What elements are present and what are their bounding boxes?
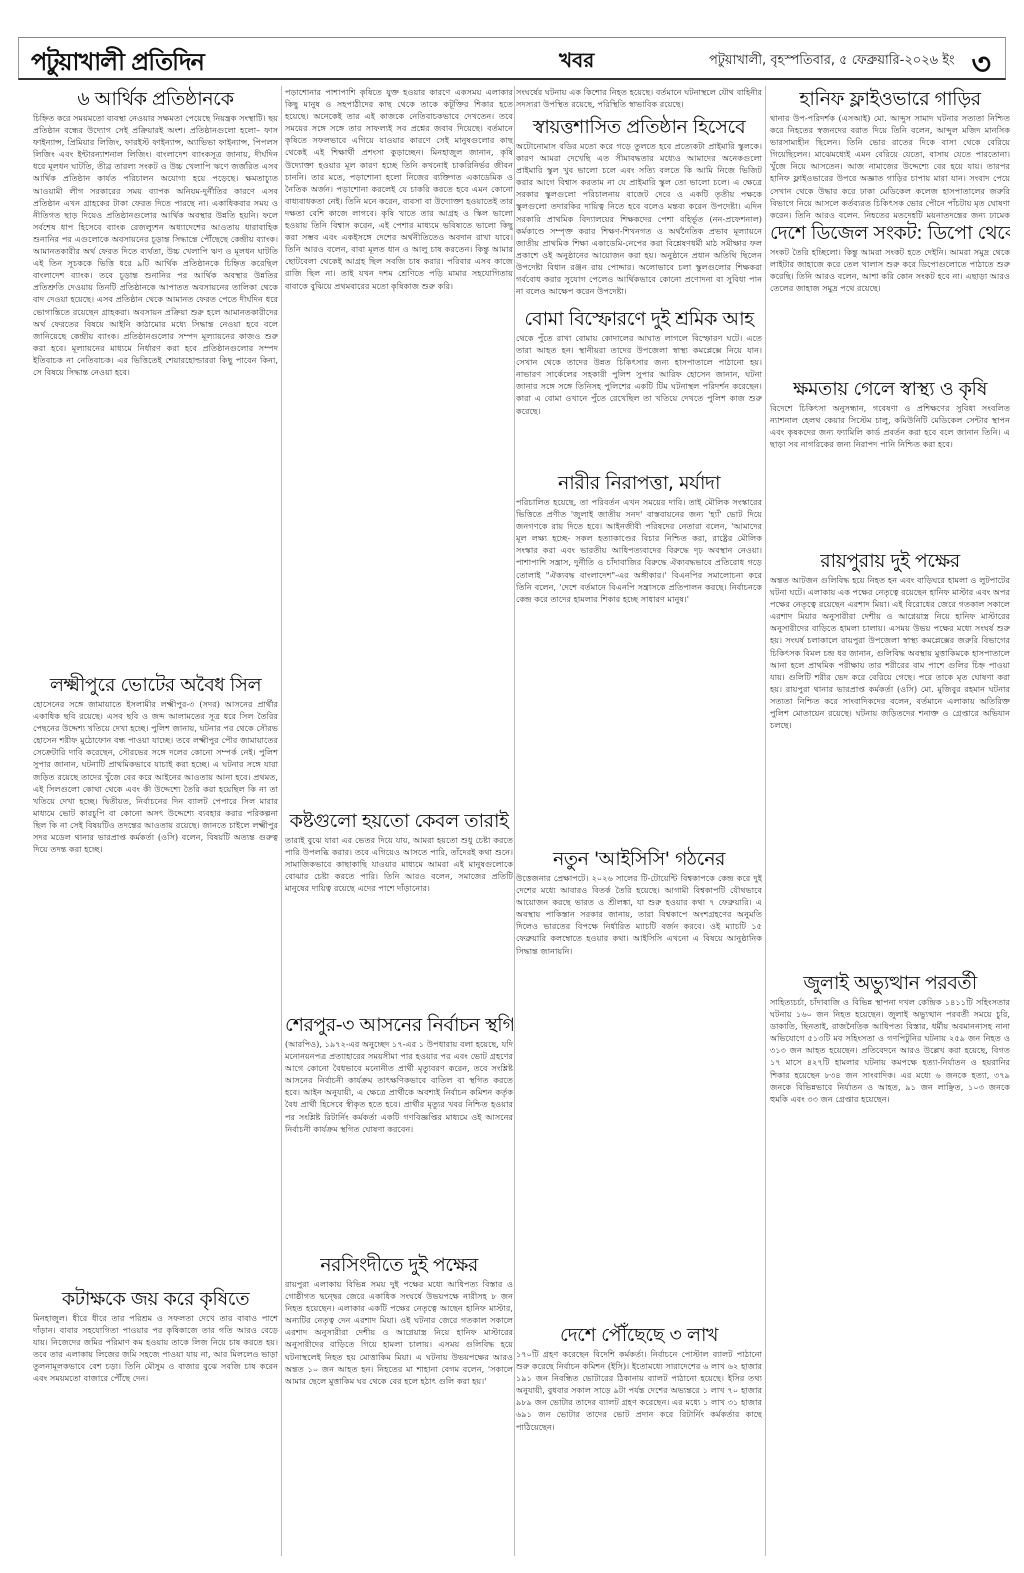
article-six-financial: ৬ আর্থিক প্রতিষ্ঠানকে চিহ্নিত করে সময়মত… bbox=[33, 86, 278, 668]
headline: শেরপুর-৩ আসনের নির্বাচন স্থগিত bbox=[285, 1012, 513, 1038]
column-divider bbox=[281, 86, 282, 1556]
article-diesel: দেশে ডিজেল সংকট: ডিপো থেকে সংকট তৈরি হচ্… bbox=[770, 220, 1010, 376]
article-icc: নতুন 'আইসিসি' গঠনের উত্তেজনার প্রেক্ষাপট… bbox=[516, 846, 762, 1316]
headline: নারীর নিরাপত্তা, মর্যাদা bbox=[516, 470, 762, 496]
article-narsingdi: নরসিংদীতে দুই পক্ষের রায়পুরা এলাকায় বি… bbox=[285, 1252, 513, 1566]
article-body: পড়াশোনার পাশাপাশি কৃষিতে যুক্ত হওয়ার ক… bbox=[285, 86, 513, 292]
article-lakshmipur: লক্ষ্মীপুরে ভোটের অবৈধ সিল হোসেনের সঙ্গে… bbox=[33, 672, 278, 1332]
article-body: চিহ্নিত করে সময়মতো ব্যবস্থা নেওয়ার সক্… bbox=[33, 112, 278, 378]
article-women-safety: নারীর নিরাপত্তা, মর্যাদা পরিচালিত হয়েছে… bbox=[516, 470, 762, 842]
article-body: ১৭০টি গ্রহণ করেছেন বিদেশি কর্মকর্তা। নির… bbox=[516, 1348, 762, 1433]
article-power-health: ক্ষমতায় গেলে স্বাস্থ্য ও কৃষি বিদেশে চি… bbox=[770, 376, 1010, 546]
article-body: সংঘর্ষের ঘটনায় এক কিশোর নিহত হয়েছে। বর… bbox=[516, 86, 762, 110]
article-raipura: রায়পুরায় দুই পক্ষের অন্তত আটজন গুলিবিদ… bbox=[770, 548, 1010, 968]
headline: রায়পুরায় দুই পক্ষের bbox=[770, 548, 1010, 574]
article-body: রায়পুরা এলাকায় বিভিন্ন সময় দুই পক্ষের… bbox=[285, 1278, 513, 1387]
article-july-uprising: জুলাই অভ্যুত্থান পরবর্তী সাহিত্যচর্চা, চ… bbox=[770, 970, 1010, 1570]
headline: কষ্টগুলো হয়তো কেবল তারাই bbox=[285, 808, 513, 834]
article-body: (আরপিও), ১৯৭২-এর অনুচ্ছেদ ১৭-এর ১ উপধারা… bbox=[285, 1038, 513, 1135]
headline: নরসিংদীতে দুই পক্ষের bbox=[285, 1252, 513, 1278]
article-krishi: কটাক্ষকে জয় করে কৃষিতে মিনহাজুল। ধীরে ধ… bbox=[33, 1286, 278, 1566]
article-body: হোসেনের সঙ্গে জামায়াতে ইসলামীর লক্ষ্মীপ… bbox=[33, 698, 278, 855]
article-body: থেকে পুঁতে রাখা বোমায় কোদালের আঘাত লাগল… bbox=[516, 332, 762, 417]
article-body: থানার উপ-পরিদর্শক (এসআই) মো. আব্দুস সামা… bbox=[770, 112, 1010, 218]
headline: দেশে ডিজেল সংকট: ডিপো থেকে bbox=[770, 220, 1010, 246]
headline: ক্ষমতায় গেলে স্বাস্থ্য ও কৃষি bbox=[770, 376, 1010, 402]
headline: স্বায়ত্তশাসিত প্রতিষ্ঠান হিসেবে bbox=[516, 114, 762, 140]
headline: লক্ষ্মীপুরে ভোটের অবৈধ সিল bbox=[33, 672, 278, 698]
article-body: সংকট তৈরি হচ্ছিলো। কিন্তু আমরা সংকট হতে … bbox=[770, 246, 1010, 294]
headline: নতুন 'আইসিসি' গঠনের bbox=[516, 846, 762, 872]
page-number: ৩ bbox=[971, 40, 991, 91]
dateline: পটুয়াখালী, বৃহস্পতিবার, ৫ ফেব্রুয়ারি-২… bbox=[709, 51, 955, 72]
article-sherpur: শেরপুর-৩ আসনের নির্বাচন স্থগিত (আরপিও), … bbox=[285, 1012, 513, 1252]
article-hanif-flyover: হানিফ ফ্লাইওভারে গাড়ির থানার উপ-পরিদর্শ… bbox=[770, 86, 1010, 218]
article-desh-pouchhe: দেশে পৌঁছেছে ৩ লাখ ১৭০টি গ্রহণ করেছেন বি… bbox=[516, 1322, 762, 1572]
headline: ৬ আর্থিক প্রতিষ্ঠানকে bbox=[33, 86, 278, 112]
article-body: সাহিত্যচর্চা, চাঁদাবাজি ও বিভিন্ন স্থাপন… bbox=[770, 996, 1010, 1105]
article-body: তারাই বুঝে যারা এর ভেতর দিয়ে যায়, আমরা… bbox=[285, 834, 513, 894]
article-kashtogulo: কষ্টগুলো হয়তো কেবল তারাই তারাই বুঝে যার… bbox=[285, 808, 513, 1008]
column-divider bbox=[765, 86, 766, 1556]
headline: কটাক্ষকে জয় করে কৃষিতে bbox=[33, 1286, 278, 1312]
section-title: খবর bbox=[559, 46, 594, 79]
article-farmer-continued: পড়াশোনার পাশাপাশি কৃষিতে যুক্ত হওয়ার ক… bbox=[285, 86, 513, 806]
headline: জুলাই অভ্যুত্থান পরবর্তী bbox=[770, 970, 1010, 996]
article-body: পরিচালিত হয়েছে, তা পরিবর্তন এখন সময়ের … bbox=[516, 496, 762, 605]
headline: দেশে পৌঁছেছে ৩ লাখ bbox=[516, 1322, 762, 1348]
article-autonomous: স্বায়ত্তশাসিত প্রতিষ্ঠান হিসেবে অটোনোমা… bbox=[516, 114, 762, 304]
headline: বোমা বিস্ফোরণে দুই শ্রমিক আহ bbox=[516, 306, 762, 332]
article-clash-intro: সংঘর্ষের ঘটনায় এক কিশোর নিহত হয়েছে। বর… bbox=[516, 86, 762, 112]
headline: হানিফ ফ্লাইওভারে গাড়ির bbox=[770, 86, 1010, 112]
article-bomb: বোমা বিস্ফোরণে দুই শ্রমিক আহ থেকে পুঁতে … bbox=[516, 306, 762, 468]
article-body: অটোনোমাস বডির মতো করে গড়ে তুলতে হবে প্র… bbox=[516, 140, 762, 297]
article-body: অন্তত আটজন গুলিবিদ্ধ হয়ে নিহত হন এবং বা… bbox=[770, 574, 1010, 731]
paper-name: পটুয়াখালী প্রতিদিন bbox=[31, 44, 204, 84]
article-body: উত্তেজনার প্রেক্ষাপটে। ২০২৬ সালের টি-টোয… bbox=[516, 872, 762, 957]
article-body: বিদেশে চিকিৎসা অনুসন্ধান, গবেষণা ও প্রশি… bbox=[770, 402, 1010, 450]
article-body: মিনহাজুল। ধীরে ধীরে তার পরিশ্রম ও সফলতা … bbox=[33, 1312, 278, 1385]
masthead: পটুয়াখালী প্রতিদিন খবর পটুয়াখালী, বৃহস… bbox=[18, 37, 1006, 80]
column-divider bbox=[514, 86, 515, 1556]
